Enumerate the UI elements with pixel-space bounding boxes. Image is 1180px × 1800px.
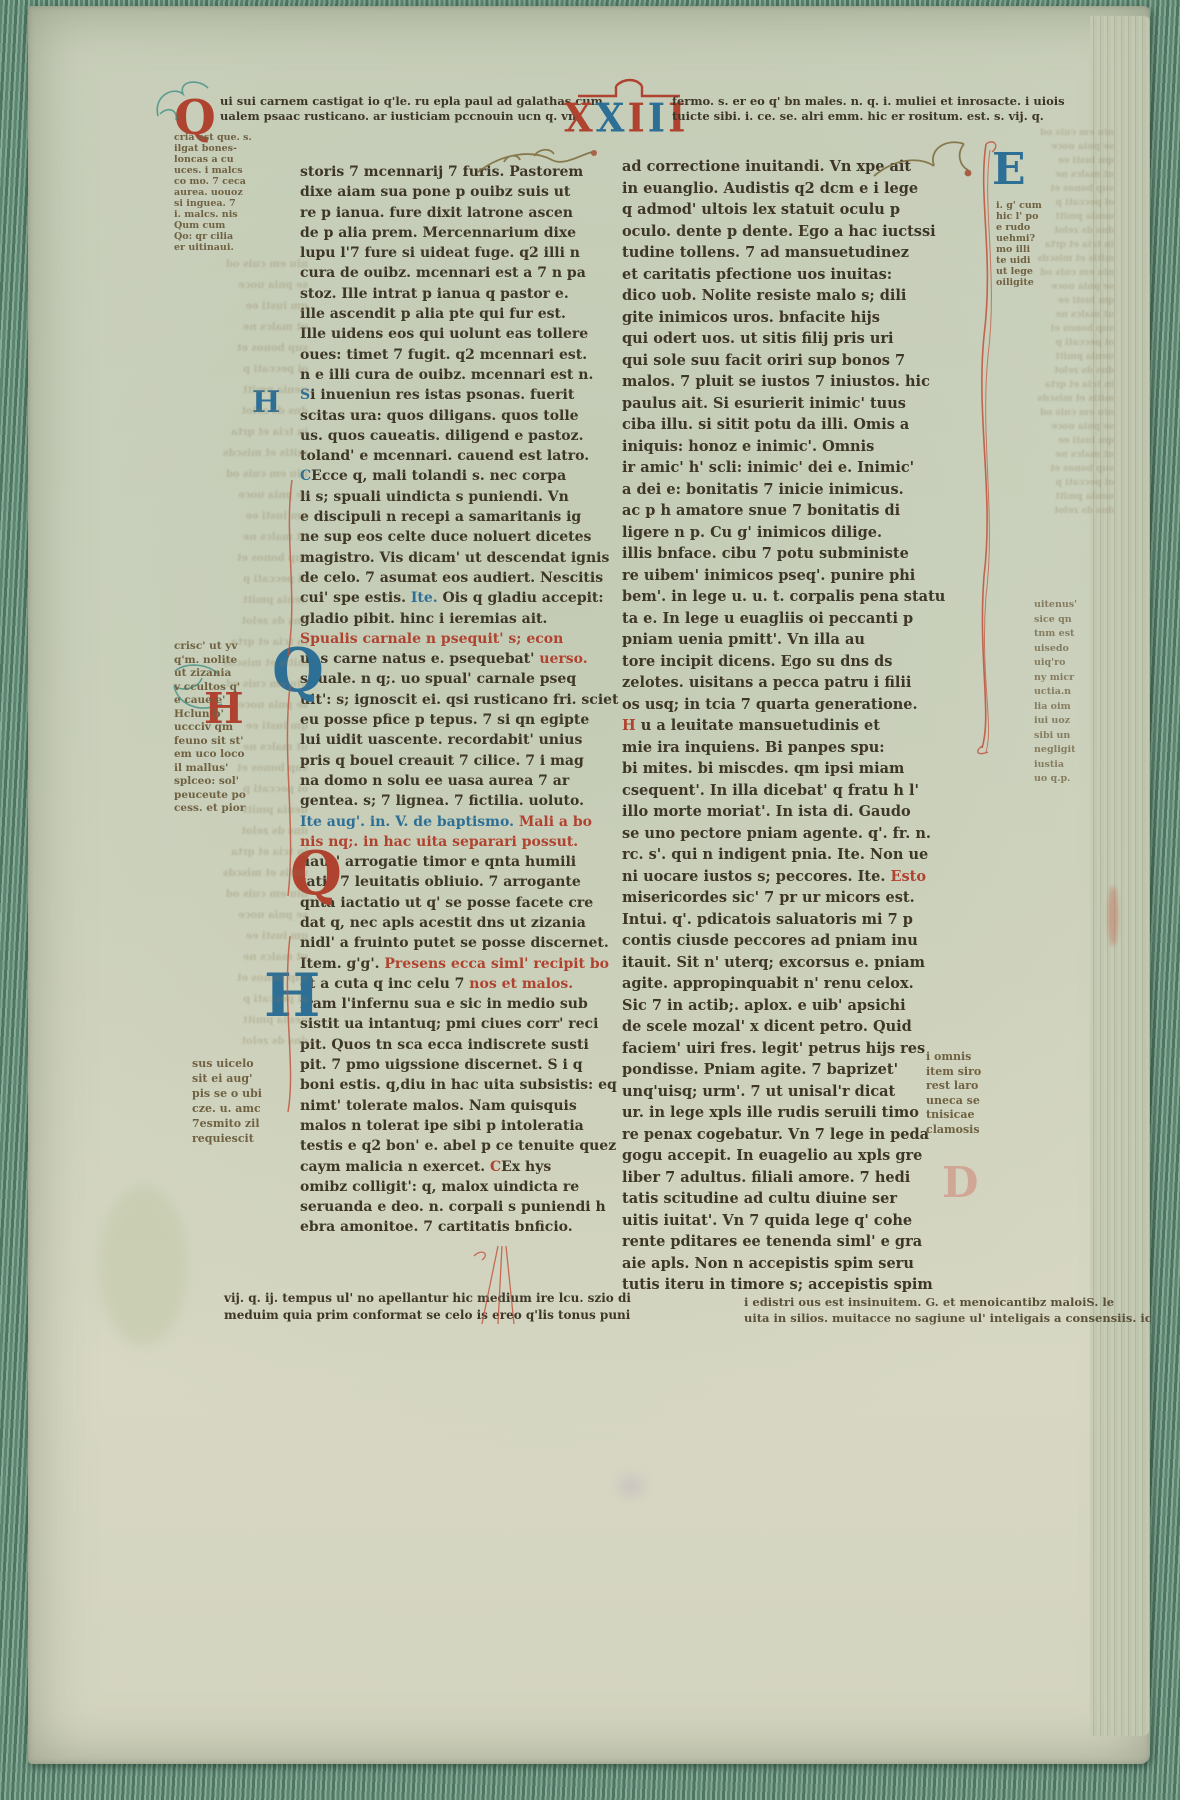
text-line: si inguea. 7 [174, 198, 252, 209]
text-line: bi mites. bi miscdes. qm ipsi miam [622, 758, 972, 780]
text-line: scitas ura: quos diligans. quos tolle [300, 406, 634, 426]
gloss-left-bottom: sus uicelosit ei aug'pis se o ubicze. u.… [192, 1056, 262, 1146]
text-line: caym malicia n exercet. CEx hys [300, 1157, 634, 1177]
text-line: qm iusti ee [168, 926, 308, 947]
text-line: de p alia prem. Mercennarium dixe [300, 223, 634, 243]
text-line: se pnia uoce [168, 485, 308, 506]
text-line: ilgat bones- [174, 143, 252, 154]
text-line: ta e. In lege u euagliis oi peccanti p [622, 608, 972, 630]
text-line: pris q bouel creauit 7 cilice. 7 i mag [300, 751, 634, 771]
text-line: qm iusti ee [1028, 434, 1114, 448]
text-line: Qum cum [174, 220, 252, 231]
text-line: de celo. 7 asumat eos audiert. Nescitis [300, 568, 634, 588]
text-line: illis bnface. cibu 7 potu subministe [622, 543, 972, 565]
text-line: niu em cuis od [1028, 266, 1114, 280]
text-line: mie ira inquiens. Bi panpes spu: [622, 737, 972, 759]
text-line: tore incipit dicens. Ego su dns ds [622, 651, 972, 673]
text-line: malos n tolerat ipe sibi p intoleratia [300, 1116, 634, 1136]
text-line: uaut' arrogatie timor e qnta humili [300, 852, 634, 872]
text-line: uiq'ro [1034, 656, 1077, 671]
gloss-right-bottom: i omnisitem sirorest larouneca setnisica… [926, 1050, 981, 1137]
text-line: iui uoz [1034, 714, 1077, 729]
text-line: pis se o ubi [192, 1086, 262, 1101]
text-line: n e illi cura de ouibz. mcennari est n. [300, 365, 634, 385]
text-line: ur. in lege xpls ille rudis seruili timo [622, 1102, 972, 1124]
parchment-folio: Q ui sui carnem castigat io q'le. ru epl… [28, 6, 1150, 1764]
text-line: testis e q2 bon' e. abel p ce tenuite qu… [300, 1136, 634, 1156]
text-line: se pnia uoce [1028, 140, 1114, 154]
text-column-left: storis 7 mcennarij 7 furis. Pastoremdixe… [300, 162, 634, 1238]
text-line: ui s carne natus e. psequebat' uerso. [300, 649, 634, 669]
text-line: uenia pmitt [168, 590, 308, 611]
text-line: itauit. Sit n' uterq; excorsus e. pniam [622, 952, 972, 974]
text-line: eu posse pfice p tepus. 7 si qn egipte [300, 710, 634, 730]
text-line: sibi un [1034, 729, 1077, 744]
text-line: re penax cogebatur. Vn 7 lege in peda [622, 1124, 972, 1146]
text-line: uenia pmitt [1028, 210, 1114, 224]
text-line: e discipuli n recepi a samaritanis ig [300, 507, 634, 527]
header-left-text: ui sui carnem castigat io q'le. ru epla … [220, 94, 603, 124]
text-line: lia oim [1034, 700, 1077, 715]
text-line: Spualis carnale n psequit' s; econ [300, 629, 634, 649]
text-line: tnisicae [926, 1108, 981, 1123]
text-line: niu em cuis od [168, 674, 308, 695]
text-line: in tcia et qrta [168, 632, 308, 653]
text-line: co mo. 7 ceca [174, 176, 252, 187]
edge-red-marks [1108, 886, 1118, 946]
text-line: qm iusti ee [168, 716, 308, 737]
text-line: tnm est [1034, 627, 1077, 642]
parchment-stain [98, 1186, 188, 1346]
text-line: misericordes sic' 7 pr ur micors est. [622, 887, 972, 909]
text-line: sit ei aug' [192, 1071, 262, 1086]
header-right-text: fermo. s. er eo q' bn males. n. q. i. mu… [672, 94, 1065, 124]
text-line: uitenus' [1034, 598, 1077, 613]
text-line: ut malcs ne [1028, 448, 1114, 462]
text-line: tudine tollens. 7 ad mansuetudinez [622, 242, 972, 264]
text-line: ut malcs ne [168, 947, 308, 968]
text-line: Ite aug'. in. V. de baptismo. Mali a bo [300, 812, 634, 832]
text-line: ille ascendit p alia pte qui fur est. [300, 304, 634, 324]
text-line: i. malcs. nis [174, 209, 252, 220]
text-line: se pnia uoce [1028, 280, 1114, 294]
text-line: se uno pectore pniam agente. q'. fr. n. [622, 823, 972, 845]
text-line: niu em cuis od [168, 464, 308, 485]
text-line: pniam uenia pmitt'. Vn illa au [622, 629, 972, 651]
text-line: niu em cuis od [168, 884, 308, 905]
text-line: cui' spe estis. Ite. Ois q gladiu accepi… [300, 588, 634, 608]
footer-red-lines [468, 1246, 528, 1326]
text-line: dns ds zelot [1028, 504, 1114, 518]
text-line: et caritatis pfectione uos inuitas: [622, 264, 972, 286]
text-line: re uibem' inimicos pseq'. punire phi [622, 565, 972, 587]
text-line: oi peccati p [168, 779, 308, 800]
text-line: sup bonos et [168, 758, 308, 779]
text-line: mitis et miscds [168, 653, 308, 674]
text-line: ut malcs ne [168, 527, 308, 548]
text-line: oi peccati p [168, 359, 308, 380]
text-line: de scele mozal' x dicent petro. Quid [622, 1016, 972, 1038]
text-line: nimt' tolerate malos. Nam quisquis [300, 1096, 634, 1116]
text-line: magistro. Vis dicam' ut descendat ignis [300, 548, 634, 568]
text-line: nidl' a fruinto putet se posse discernet… [300, 933, 634, 953]
footer-note-right: i edistri ous est insinuitem. G. et meno… [744, 1294, 1152, 1326]
text-line: cze. u. amc [192, 1101, 262, 1116]
showthrough-left-strip: niu em cuis odse pnia uoceqm iusti eeut … [168, 254, 308, 1052]
text-line: in tcia et qrta [1028, 238, 1114, 252]
text-line: er uitinaui. [174, 242, 252, 253]
text-line: oues: timet 7 fugit. q2 mcennari est. [300, 345, 634, 365]
text-line: uenia pmitt [168, 1010, 308, 1031]
text-line: qnta iactatio ut q' se posse facete cre [300, 893, 634, 913]
text-line: mitis et miscds [168, 443, 308, 464]
text-line: uenia pmitt [1028, 490, 1114, 504]
text-line: ligere n p. Cu g' inimicos dilige. [622, 522, 972, 544]
text-line: Si inueniun res istas psonas. fuerit [300, 385, 634, 405]
text-line: uo q.p. [1034, 772, 1077, 787]
text-line: tutis iteru in timore s; accepistis spim [622, 1274, 972, 1296]
text-line: oi peccati p [1028, 476, 1114, 490]
margin-initial-E-blue: E [992, 148, 1026, 192]
text-line: cria est que. s. [174, 132, 252, 143]
text-line: sup bonos et [168, 968, 308, 989]
text-line: ut malcs ne [168, 737, 308, 758]
text-line: ciba illu. si sitit potu da illi. Omis a [622, 414, 972, 436]
text-line: sistit ua intantuq; pmi ciues corr' reci [300, 1014, 634, 1034]
text-line: in tcia et qrta [168, 422, 308, 443]
text-line: uneca se [926, 1094, 981, 1109]
text-line: tatis 7 leuitatis obliuio. 7 arrogante [300, 872, 634, 892]
ink-smudge [618, 1476, 644, 1496]
gloss-left-top: cria est que. s.ilgat bones-loncas a cuu… [174, 132, 252, 253]
text-line: sup bonos et [1028, 462, 1114, 476]
text-line: seruanda e deo. n. corpali s puniendi h [300, 1197, 634, 1217]
text-column-right: ad correctione inuitandi. Vn xpe aitin e… [622, 156, 972, 1296]
text-line: faciem' uiri fres. legit' petrus hijs re… [622, 1038, 972, 1060]
text-line: dixe aiam sua pone p ouibz suis ut [300, 182, 634, 202]
text-line: mitis et miscds [1028, 252, 1114, 266]
text-line: uitis iuitat'. Vn 7 quida lege q' cohe [622, 1210, 972, 1232]
folio-letter: X [596, 95, 628, 141]
text-line: ni uocare iustos s; peccores. Ite. Esto [622, 866, 972, 888]
text-line: qm iusti ee [168, 506, 308, 527]
text-line: Intui. q'. pdicatois saluatoris mi 7 p [622, 909, 972, 931]
text-line: us. quos caueatis. diligend e pastoz. [300, 426, 634, 446]
text-line: re p ianua. fure dixit latrone ascen [300, 203, 634, 223]
photograph-of-manuscript: Q ui sui carnem castigat io q'le. ru epl… [0, 0, 1180, 1800]
text-line: sus uicelo [192, 1056, 262, 1071]
text-line: i omnis [926, 1050, 981, 1065]
text-line: se pnia uoce [168, 695, 308, 716]
text-line: oi peccati p [1028, 196, 1114, 210]
text-line: 7esmito zil [192, 1116, 262, 1131]
text-line: gladio pibit. hinc i ieremias ait. [300, 609, 634, 629]
text-line: se pnia uoce [168, 275, 308, 296]
text-line: ir amic' h' scli: inimic' dei e. Inimic' [622, 457, 972, 479]
text-line: a dei e: bonitatis 7 inicie inimicus. [622, 479, 972, 501]
text-line: dns ds zelot [168, 401, 308, 422]
text-line: paulus ait. Si esurierit inimic' tuus [622, 393, 972, 415]
text-line: nis nq;. in hac uita separari possut. [300, 832, 634, 852]
gloss-right-middle: uitenus'sice qntnm estuisedouiq'rony mic… [1034, 598, 1077, 787]
text-line: qui sole suu facit oriri sup bonos 7 [622, 350, 972, 372]
text-line: ne sup eos celte duce noluert dicetes [300, 527, 634, 547]
text-line: stoz. Ille intrat p ianua q pastor e. [300, 284, 634, 304]
text-line: uit': s; ignoscit ei. qsi rusticano fri.… [300, 690, 634, 710]
text-line: uisedo [1034, 642, 1077, 657]
text-line: ut malcs ne [1028, 308, 1114, 322]
text-line: iram l'infernu sua e sic in medio sub [300, 994, 634, 1014]
text-line: pondisse. Pniam agite. 7 baprizet' [622, 1059, 972, 1081]
text-line: oi peccati p [168, 569, 308, 590]
text-line: toland' e mcennari. cauend est latro. [300, 446, 634, 466]
folio-number: XXIII [564, 95, 688, 141]
text-line: illo morte moriat'. In ista di. Gaudo [622, 801, 972, 823]
text-line: negligit [1034, 743, 1077, 758]
text-line: dns ds zelot [168, 611, 308, 632]
text-line: Qo: qr cilia [174, 231, 252, 242]
text-line: oi peccati p [1028, 336, 1114, 350]
text-line: lupu l'7 fure si uideat fuge. q2 illi n [300, 243, 634, 263]
text-line: dico uob. Nolite resiste malo s; dili [622, 285, 972, 307]
text-line: se pnia uoce [168, 905, 308, 926]
text-line: na domo n solu ee uasa aurea 7 ar [300, 771, 634, 791]
folio-letter: X [564, 95, 596, 141]
text-line: dns ds zelot [1028, 364, 1114, 378]
text-line: Ille uidens eos qui uolunt eas tollere [300, 324, 634, 344]
header-flourish [148, 76, 218, 136]
text-line: ut malcs ne [1028, 168, 1114, 182]
text-line: uenia pmitt [168, 800, 308, 821]
text-line: ut malcs ne [168, 317, 308, 338]
text-line: zelotes. uisitans a pecca patru i filii [622, 672, 972, 694]
text-line: rente pditares ee tenenda siml' e gra [622, 1231, 972, 1253]
text-line: qui odert uos. ut sitis filij pris uri [622, 328, 972, 350]
text-line: os usq; in tcia 7 quarta generatione. [622, 694, 972, 716]
text-line: sup bonos et [1028, 322, 1114, 336]
text-line: bem'. in lege u. u. t. corpalis pena sta… [622, 586, 972, 608]
text-line: aie apls. Non n accepistis spim seru [622, 1253, 972, 1275]
text-line: lui uidit uascente. recordabit' unius [300, 730, 634, 750]
text-line: rest laro [926, 1079, 981, 1094]
text-line: iustia [1034, 758, 1077, 773]
text-line: qm iusti ee [1028, 154, 1114, 168]
margin-initial-D-faded: D [942, 1162, 978, 1204]
text-line: uenia pmitt [168, 380, 308, 401]
text-line: malos. 7 pluit se iustos 7 iniustos. hic [622, 371, 972, 393]
text-line: aurea. uouoz [174, 187, 252, 198]
text-line: uces. i malcs [174, 165, 252, 176]
text-line: loncas a cu [174, 154, 252, 165]
showthrough-right-strip: niu em cuis odse pnia uoceqm iusti eeut … [1028, 126, 1114, 518]
footer-note-left: vij. q. ij. tempus ul' no apellantur hic… [224, 1290, 631, 1324]
text-line: dat q, nec apls acestit dns ut zizania [300, 913, 634, 933]
text-line: ebra amonitoe. 7 cartitatis bnficio. [300, 1217, 634, 1237]
text-line: boni estis. q,diu in hac uita subsistis:… [300, 1075, 634, 1095]
text-line: sup bonos et [1028, 182, 1114, 196]
text-line: dns ds zelot [1028, 224, 1114, 238]
text-line: CEcce q, mali tolandi s. nec corpa [300, 466, 634, 486]
text-line: H u a leuitate mansuetudinis et [622, 715, 972, 737]
text-line: gogu accepit. In euagelio au xpls gre [622, 1145, 972, 1167]
text-line: in tcia et qrta [168, 842, 308, 863]
text-line: csequent'. In illa dicebat' q fratu h l' [622, 780, 972, 802]
text-line: pit. 7 pmo uigssione discernet. S i q [300, 1055, 634, 1075]
text-line: uenia pmitt [1028, 350, 1114, 364]
ivy-sprig-right-column [868, 136, 978, 182]
text-line: mitis et miscds [1028, 392, 1114, 406]
text-line: clamosis [926, 1123, 981, 1138]
text-line: ac p h amatore snue 7 bonitatis di [622, 500, 972, 522]
text-line: dns ds zelot [168, 821, 308, 842]
text-line: q admod' ultois lex statuit oculu p [622, 199, 972, 221]
text-line: gentea. s; 7 lignea. 7 fictilia. uoluto. [300, 791, 634, 811]
text-line: sup bonos et [168, 338, 308, 359]
text-line: mitis et miscds [168, 863, 308, 884]
text-line: tatis scitudine ad cultu diuine ser [622, 1188, 972, 1210]
text-line: Sic 7 in actib;. aplox. e uib' apsichi [622, 995, 972, 1017]
text-line: niu em cuis od [1028, 126, 1114, 140]
text-line: omibz colligit': q, malox uindicta re [300, 1177, 634, 1197]
text-line: oi peccati p [168, 989, 308, 1010]
text-line: qm iusti ee [168, 296, 308, 317]
text-line: agite. appropinquabit n' renu celox. [622, 973, 972, 995]
text-line: sup bonos et [168, 548, 308, 569]
text-line: rc. s'. qui n indigent pnia. Ite. Non ue [622, 844, 972, 866]
text-line: et a cuta q inc celu 7 nos et malos. [300, 974, 634, 994]
text-line: requiescit [192, 1131, 262, 1146]
text-line: gite inimicos uros. bnfacite hijs [622, 307, 972, 329]
text-line: li s; spuali uindicta s puniendi. Vn [300, 487, 634, 507]
text-line: niu em cuis od [1028, 406, 1114, 420]
ivy-sprig-left-column [474, 146, 604, 178]
text-line: in tcia et qrta [1028, 378, 1114, 392]
text-line: Item. g'g'. Presens ecca siml' recipit b… [300, 954, 634, 974]
text-line: se pnia uoce [1028, 420, 1114, 434]
text-line: liber 7 adultus. filiali amore. 7 hedi [622, 1167, 972, 1189]
text-line: cura de ouibz. mcennari est a 7 n pa [300, 263, 634, 283]
text-line: unq'uisq; urm'. 7 ut unisal'r dicat [622, 1081, 972, 1103]
text-line: contis ciusde peccores ad pniam inu [622, 930, 972, 952]
text-line: oculo. dente p dente. Ego a hac iuctssi [622, 221, 972, 243]
text-line: pit. Quos tn sca ecca indiscrete susti [300, 1035, 634, 1055]
text-line: iniquis: honoz e inimic'. Omnis [622, 436, 972, 458]
text-line: dns ds zelot [168, 1031, 308, 1052]
text-line: spuale. n q;. uo spual' carnale pseq [300, 669, 634, 689]
folio-letter: I [627, 95, 647, 141]
text-line: item siro [926, 1065, 981, 1080]
text-line: sice qn [1034, 613, 1077, 628]
folio-letter: I [648, 95, 668, 141]
text-line: qm iusti ee [1028, 294, 1114, 308]
text-line: uctia.n [1034, 685, 1077, 700]
text-line: niu em cuis od [168, 254, 308, 275]
text-line: ny micr [1034, 671, 1077, 686]
